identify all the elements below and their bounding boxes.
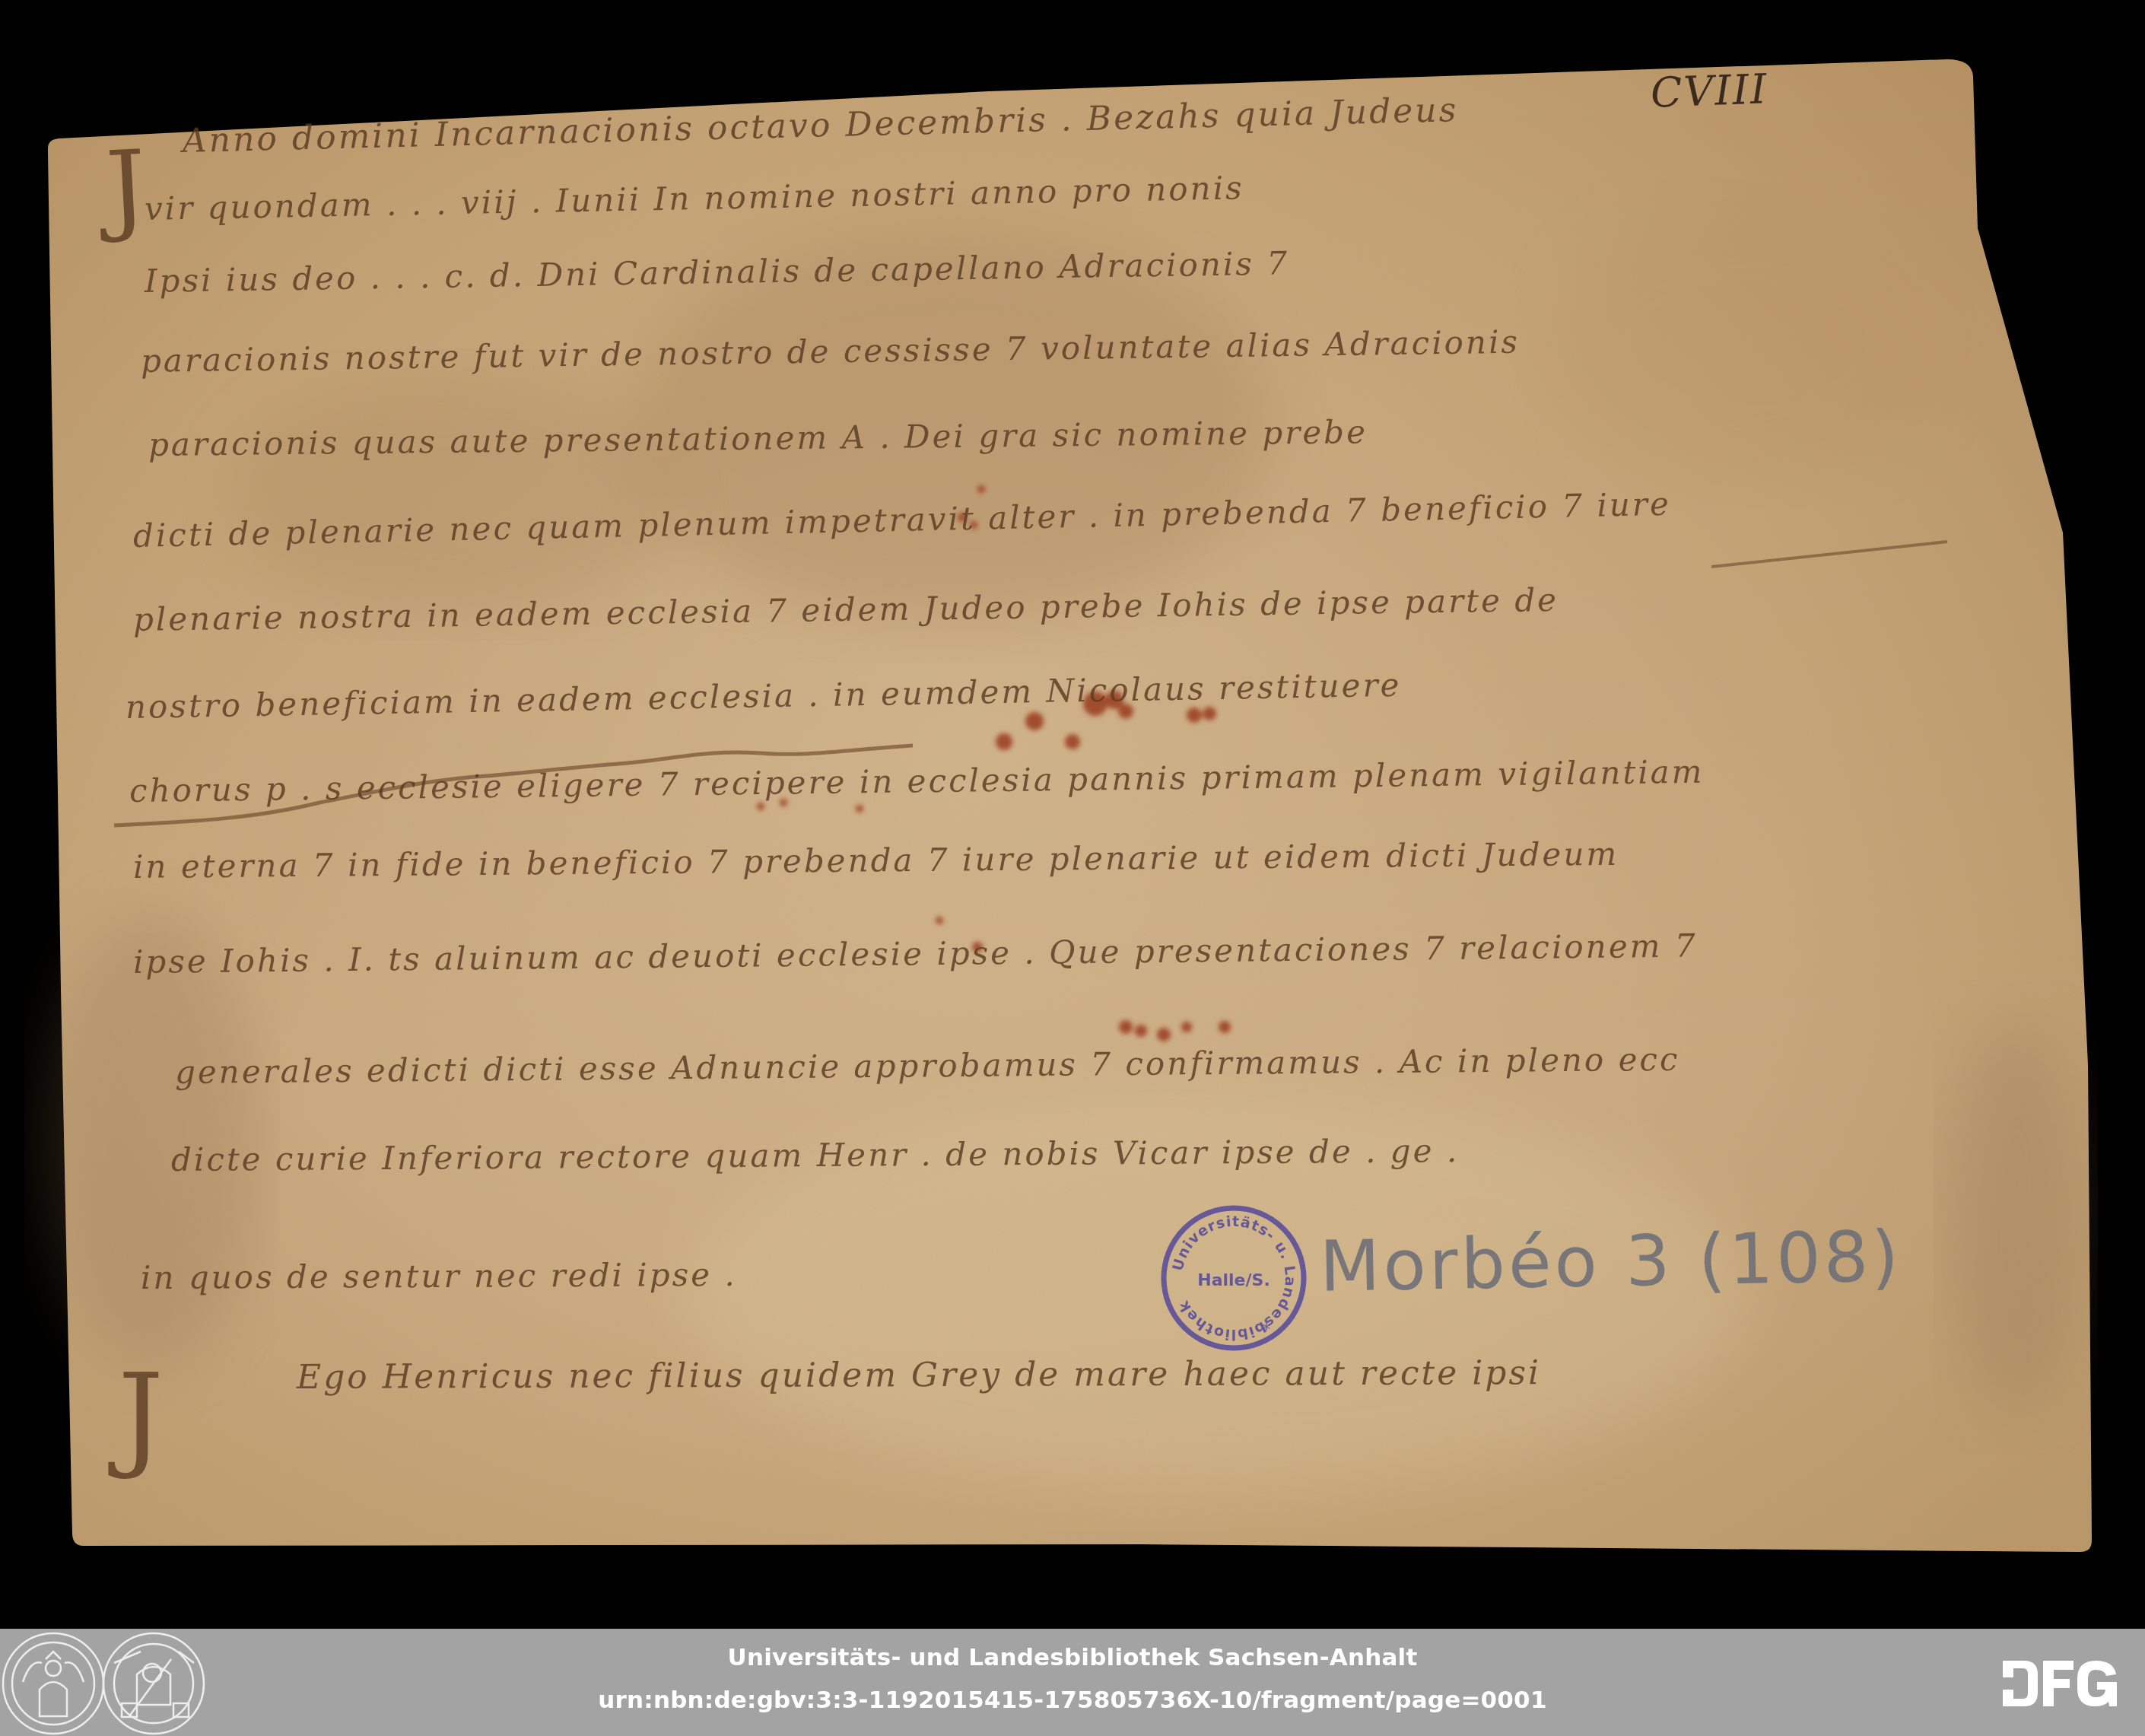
manuscript-scan: J J Anno domini Incarnacionis octavo Dec… bbox=[0, 0, 2145, 1629]
urn-identifier[interactable]: urn:nbn:de:gbv:3:3-1192015415-175805736X… bbox=[0, 1687, 2145, 1714]
parchment-sheet bbox=[0, 0, 2145, 1629]
institution-name: Universitäts- und Landesbibliothek Sachs… bbox=[0, 1644, 2145, 1671]
viewer-footer: Universitäts- und Landesbibliothek Sachs… bbox=[0, 1629, 2145, 1736]
dfg-logo-icon bbox=[2003, 1661, 2117, 1706]
